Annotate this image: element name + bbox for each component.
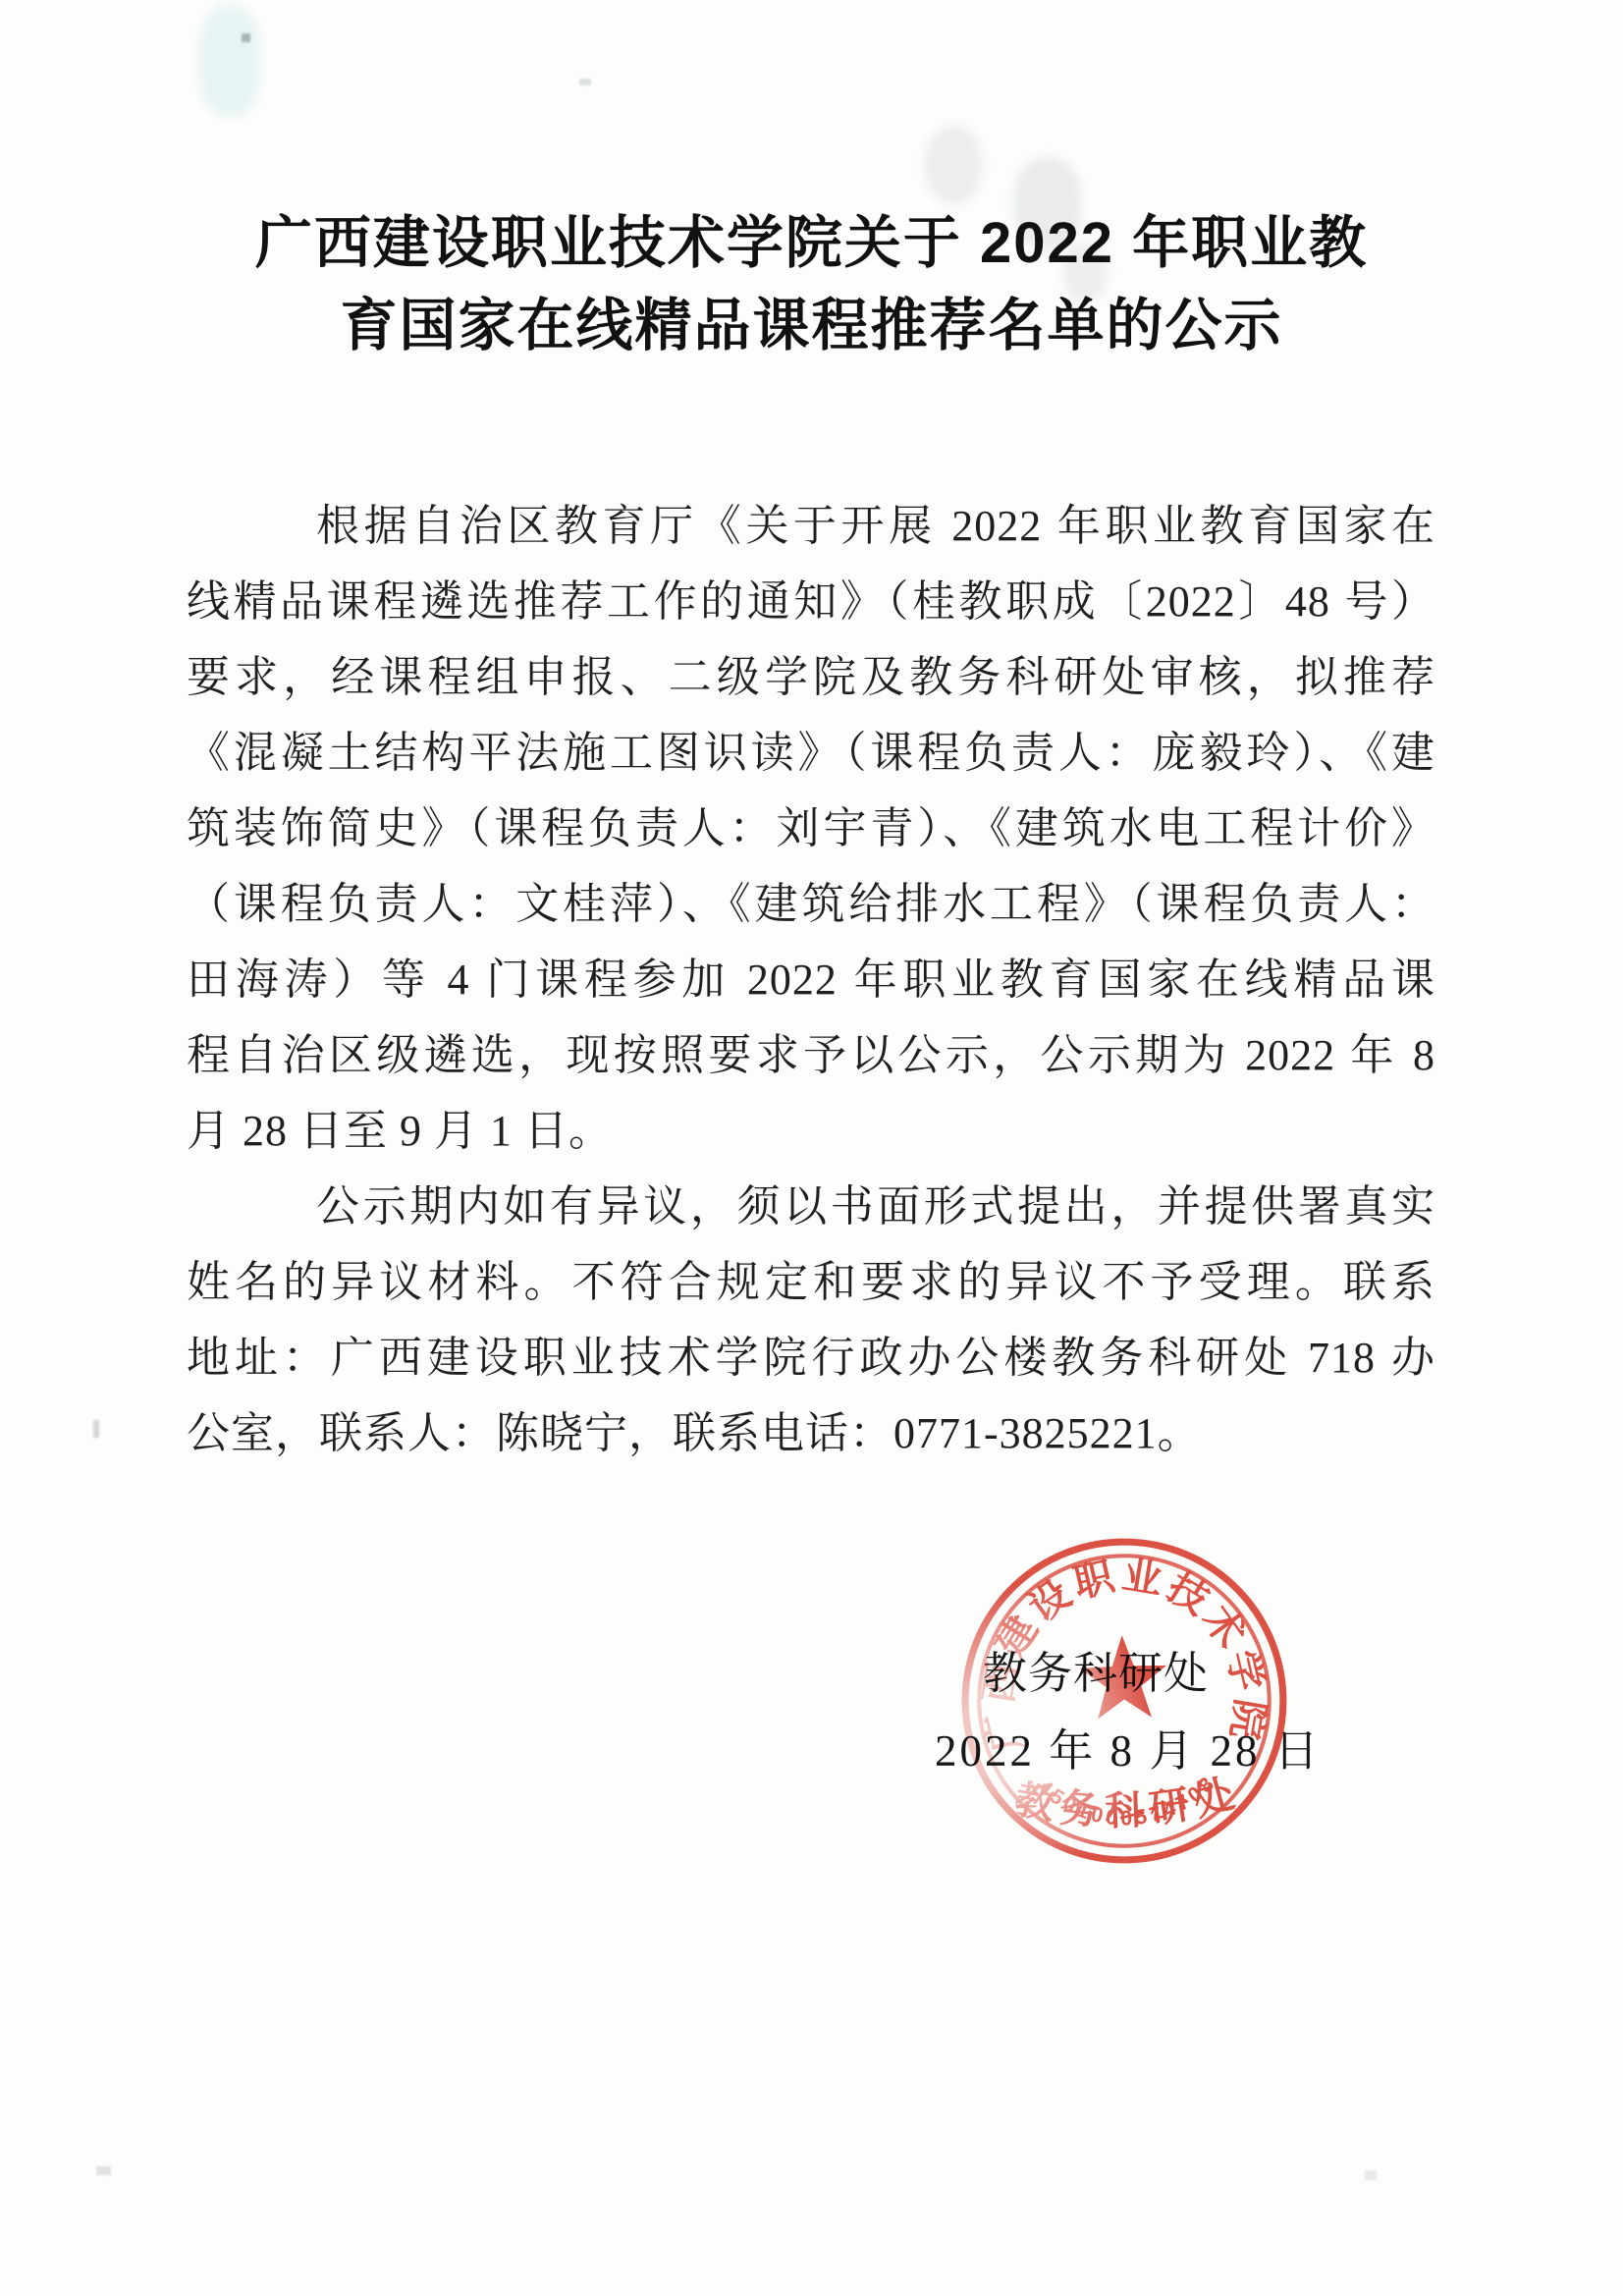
document-page: 广西建设职业技术学院关于 2022 年职业教 育国家在线精品课程推荐名单的公示 … bbox=[0, 0, 1623, 2296]
scan-artifact bbox=[93, 1420, 99, 1438]
document-title-line1: 广西建设职业技术学院关于 2022 年职业教 bbox=[0, 202, 1623, 285]
body-line: 公示期内如有异议，须以书面形式提出，并提供署真实 bbox=[187, 1169, 1435, 1244]
body-line: 根据自治区教育厅《关于开展 2022 年职业教育国家在 bbox=[187, 488, 1435, 564]
scan-artifact bbox=[1365, 2170, 1377, 2180]
paragraph-2: 公示期内如有异议，须以书面形式提出，并提供署真实姓名的异议材料。不符合规定和要求… bbox=[187, 1169, 1435, 1471]
body-line: 线精品课程遴选推荐工作的通知》（桂教职成〔2022〕48 号） bbox=[187, 564, 1435, 639]
scan-artifact bbox=[199, 6, 260, 116]
body-line: 筑装饰简史》（课程负责人：刘宇青）、《建筑水电工程计价》 bbox=[187, 791, 1435, 866]
scan-artifact bbox=[96, 2166, 111, 2175]
seal-star-icon bbox=[1078, 1634, 1167, 1720]
body-line: 月 28 日至 9 月 1 日。 bbox=[187, 1093, 1435, 1169]
scan-artifact bbox=[925, 126, 982, 204]
paragraph-1: 根据自治区教育厅《关于开展 2022 年职业教育国家在线精品课程遴选推荐工作的通… bbox=[187, 488, 1435, 1169]
document-title-line2: 育国家在线精品课程推荐名单的公示 bbox=[0, 285, 1623, 367]
scan-artifact bbox=[242, 33, 250, 42]
body-line: 姓名的异议材料。不符合规定和要求的异议不予受理。联系 bbox=[187, 1244, 1435, 1320]
body-line: 要求，经课程组申报、二级学院及教务科研处审核，拟推荐 bbox=[187, 639, 1435, 715]
scan-artifact bbox=[579, 79, 591, 85]
body-line: 程自治区级遴选，现按照要求予以公示，公示期为 2022 年 8 bbox=[187, 1017, 1435, 1093]
body-line: （课程负责人：文桂萍）、《建筑给排水工程》（课程负责人： bbox=[187, 866, 1435, 942]
document-title: 广西建设职业技术学院关于 2022 年职业教 育国家在线精品课程推荐名单的公示 bbox=[0, 202, 1623, 367]
document-body: 根据自治区教育厅《关于开展 2022 年职业教育国家在线精品课程遴选推荐工作的通… bbox=[187, 488, 1435, 1471]
body-line: 地址：广西建设职业技术学院行政办公楼教务科研处 718 办 bbox=[187, 1320, 1435, 1395]
body-line: 《混凝土结构平法施工图识读》（课程负责人：庞毅玲）、《建 bbox=[187, 715, 1435, 791]
body-line: 田海涛）等 4 门课程参加 2022 年职业教育国家在线精品课 bbox=[187, 942, 1435, 1017]
official-seal: 广西建设职业技术学院 教务科研处 4501000574708 bbox=[949, 1526, 1299, 1876]
body-line: 公室，联系人：陈晓宁，联系电话：0771-3825221。 bbox=[187, 1395, 1435, 1471]
